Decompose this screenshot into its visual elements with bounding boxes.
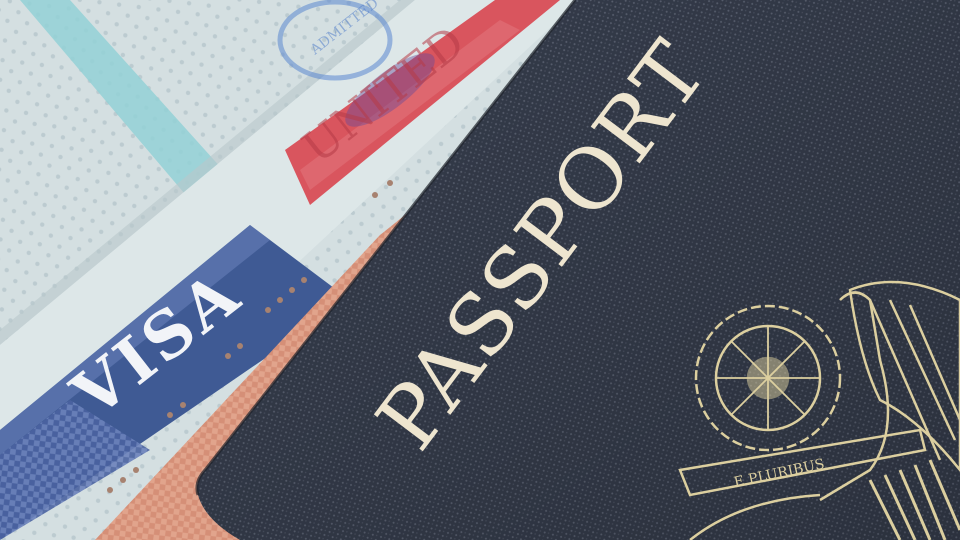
photo-scene: ADMITTED VISA UNITED <box>0 0 960 540</box>
photo-canvas: ADMITTED VISA UNITED <box>0 0 960 540</box>
